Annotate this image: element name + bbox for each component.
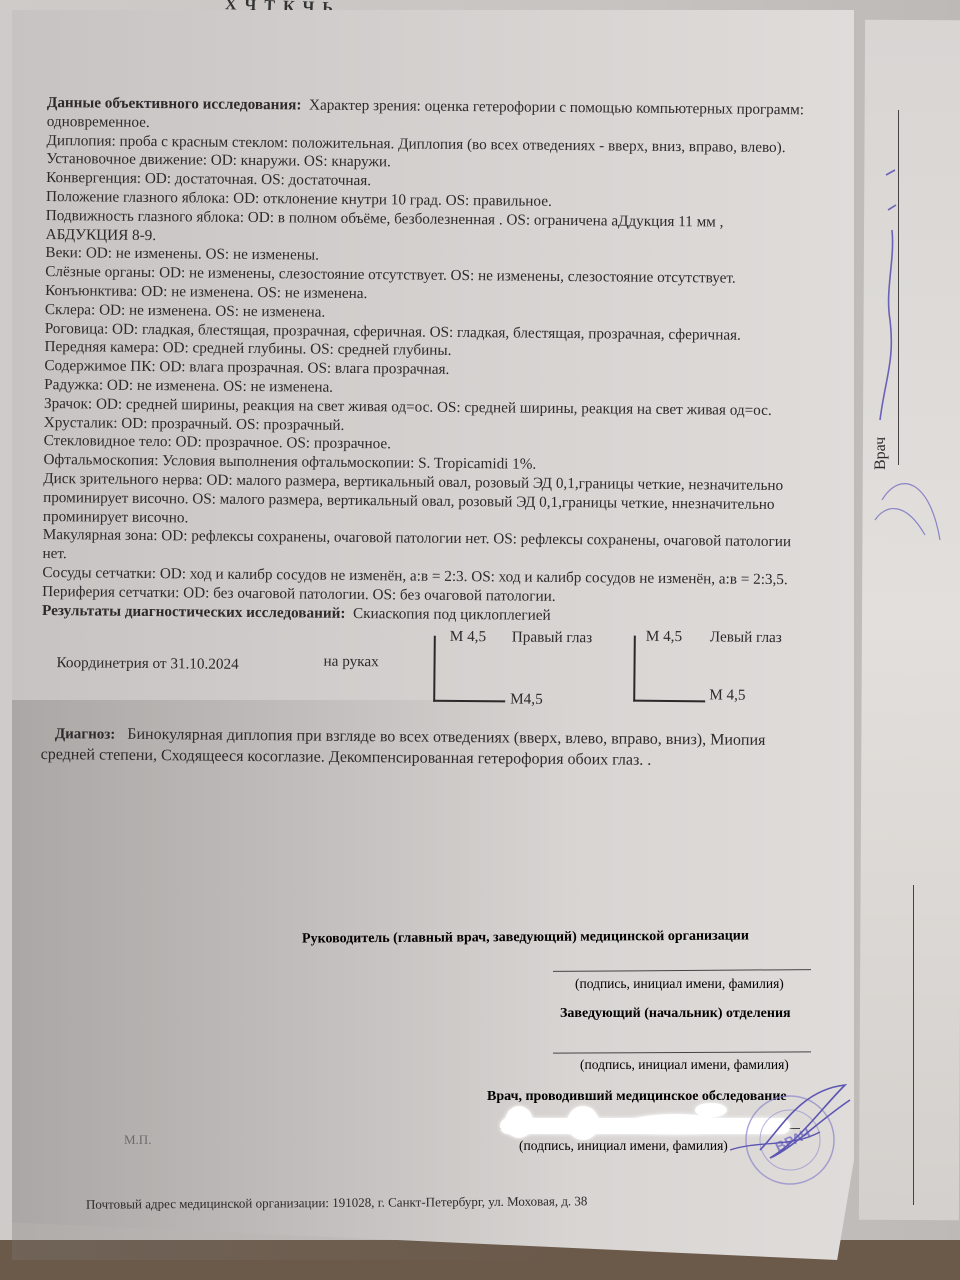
- dept-signature-title: Заведующий (начальник) отделения: [560, 1006, 791, 1022]
- exam-row-label: Макулярная зона:: [43, 526, 158, 544]
- exam-row-label: Диск зрительного нерва:: [43, 470, 203, 489]
- right-eye-label: Правый глаз: [512, 629, 593, 649]
- exam-row-value: Условия выполнения офтальмоскопии: S. Tr…: [162, 452, 536, 473]
- side-signature-line: [898, 110, 899, 465]
- exam-row-label: Слёзные органы:: [45, 263, 155, 281]
- exam-row-label: Стекловидное тело:: [44, 432, 172, 450]
- redaction-blob: [505, 1106, 533, 1138]
- right-side-sheet: [859, 20, 960, 1221]
- diagnosis-text: Бинокулярная диплопия при взгляде во все…: [41, 726, 766, 769]
- exam-row-value: OD: не изменена. OS: не изменена.: [141, 283, 367, 302]
- redaction-blob: [567, 1106, 599, 1140]
- exam-row-value: OD: достаточная. OS: достаточная.: [145, 170, 371, 189]
- exam-row-label: Положение глазного яблока:: [46, 188, 229, 207]
- head-signature-caption: (подпись, инициал имени, фамилия): [575, 976, 784, 992]
- redaction-blob: [628, 1114, 723, 1134]
- exam-row-value: OD: кнаружи. OS: кнаружи.: [211, 152, 391, 171]
- doctor-signature-title: Врач, проводивший медицинское обследован…: [487, 1089, 787, 1105]
- diagnostics-heading: Результаты диагностических исследований:: [42, 601, 346, 621]
- in-hands-text: на руках: [323, 653, 378, 672]
- side-edge-line: [913, 885, 914, 1205]
- diagnostics-method: Скиаскопия под циклоплегией: [353, 604, 551, 623]
- skiascopy-diagrams: Координетрия от 31.10.2024 на руках М 4,…: [41, 624, 802, 731]
- exam-row-label: Радужка:: [44, 376, 103, 394]
- exam-row-label: Зрачок:: [44, 395, 92, 412]
- right-eye-horizontal: М4,5: [510, 691, 543, 710]
- exam-rows: Диплопия: проба с красным стеклом: полож…: [42, 132, 806, 609]
- head-signature-title: Руководитель (главный врач, заведующий) …: [302, 928, 749, 947]
- exam-row-label: Сосуды сетчатки:: [42, 564, 156, 582]
- side-doctor-label: Врач: [872, 437, 890, 470]
- exam-row-value: OD: не изменена. OS: не изменена.: [107, 377, 333, 396]
- exam-row-value: OD: влага прозрачная. OS: влага прозрачн…: [159, 358, 449, 378]
- exam-row-label: Роговица:: [45, 320, 109, 338]
- exam-row-value: OD: прозрачное. OS: прозрачное.: [175, 434, 391, 453]
- right-eye-vertical: М 4,5: [450, 628, 486, 647]
- exam-row-value: OD: средней глубины. OS: средней глубины…: [163, 339, 452, 359]
- diagnosis: Диагноз: Бинокулярная диплопия при взгля…: [41, 724, 801, 772]
- redaction-blob: [695, 1103, 727, 1117]
- exam-row-value: OD: отклонение кнутри 10 град. OS: прави…: [233, 190, 552, 210]
- exam-row-label: Конвергенция:: [46, 169, 141, 187]
- exam-row-value: OD: не изменены. OS: не изменены.: [86, 245, 319, 264]
- exam-row-label: Содержимое ПК:: [44, 357, 155, 375]
- exam-row-label: Периферия сетчатки:: [42, 583, 179, 601]
- exam-row-value: OD: прозрачный. OS: прозрачный.: [121, 414, 344, 433]
- exam-row: Диск зрительного нерва: OD: малого разме…: [43, 470, 804, 534]
- exam-row-value: OD: без очаговой патологии. OS: без очаг…: [183, 584, 556, 605]
- exam-row-label: Подвижность глазного яблока:: [46, 207, 244, 226]
- coordimetry-text: Координетрия от 31.10.2024: [56, 654, 238, 675]
- exam-row-label: Офтальмоскопия:: [43, 451, 158, 469]
- exam-heading: Данные объективного исследования:: [47, 94, 302, 113]
- left-eye-horizontal: М 4,5: [709, 687, 745, 706]
- exam-section: Данные объективного исследования: Характ…: [41, 94, 807, 773]
- exam-row-label: Диплопия:: [46, 132, 115, 150]
- diagnosis-label: Диагноз:: [55, 726, 116, 743]
- left-eye-label: Левый глаз: [710, 629, 782, 648]
- exam-row-label: Хрусталик:: [44, 414, 118, 432]
- left-eye-vertical: М 4,5: [646, 628, 682, 647]
- exam-row-label: Передняя камера:: [44, 338, 158, 356]
- doctor-signature-caption: (подпись, инициал имени, фамилия): [519, 1138, 728, 1154]
- dept-signature-caption: (подпись, инициал имени, фамилия): [580, 1057, 789, 1073]
- exam-row-label: Конъюнктива:: [45, 282, 137, 300]
- exam-row-value: OD: не изменена. OS: не изменена.: [99, 301, 325, 320]
- exam-row-label: Склера:: [45, 301, 96, 318]
- exam-row-label: Установочное движение:: [46, 150, 207, 169]
- exam-row-label: Веки:: [45, 244, 82, 261]
- stamp-place-label: М.П.: [124, 1132, 151, 1148]
